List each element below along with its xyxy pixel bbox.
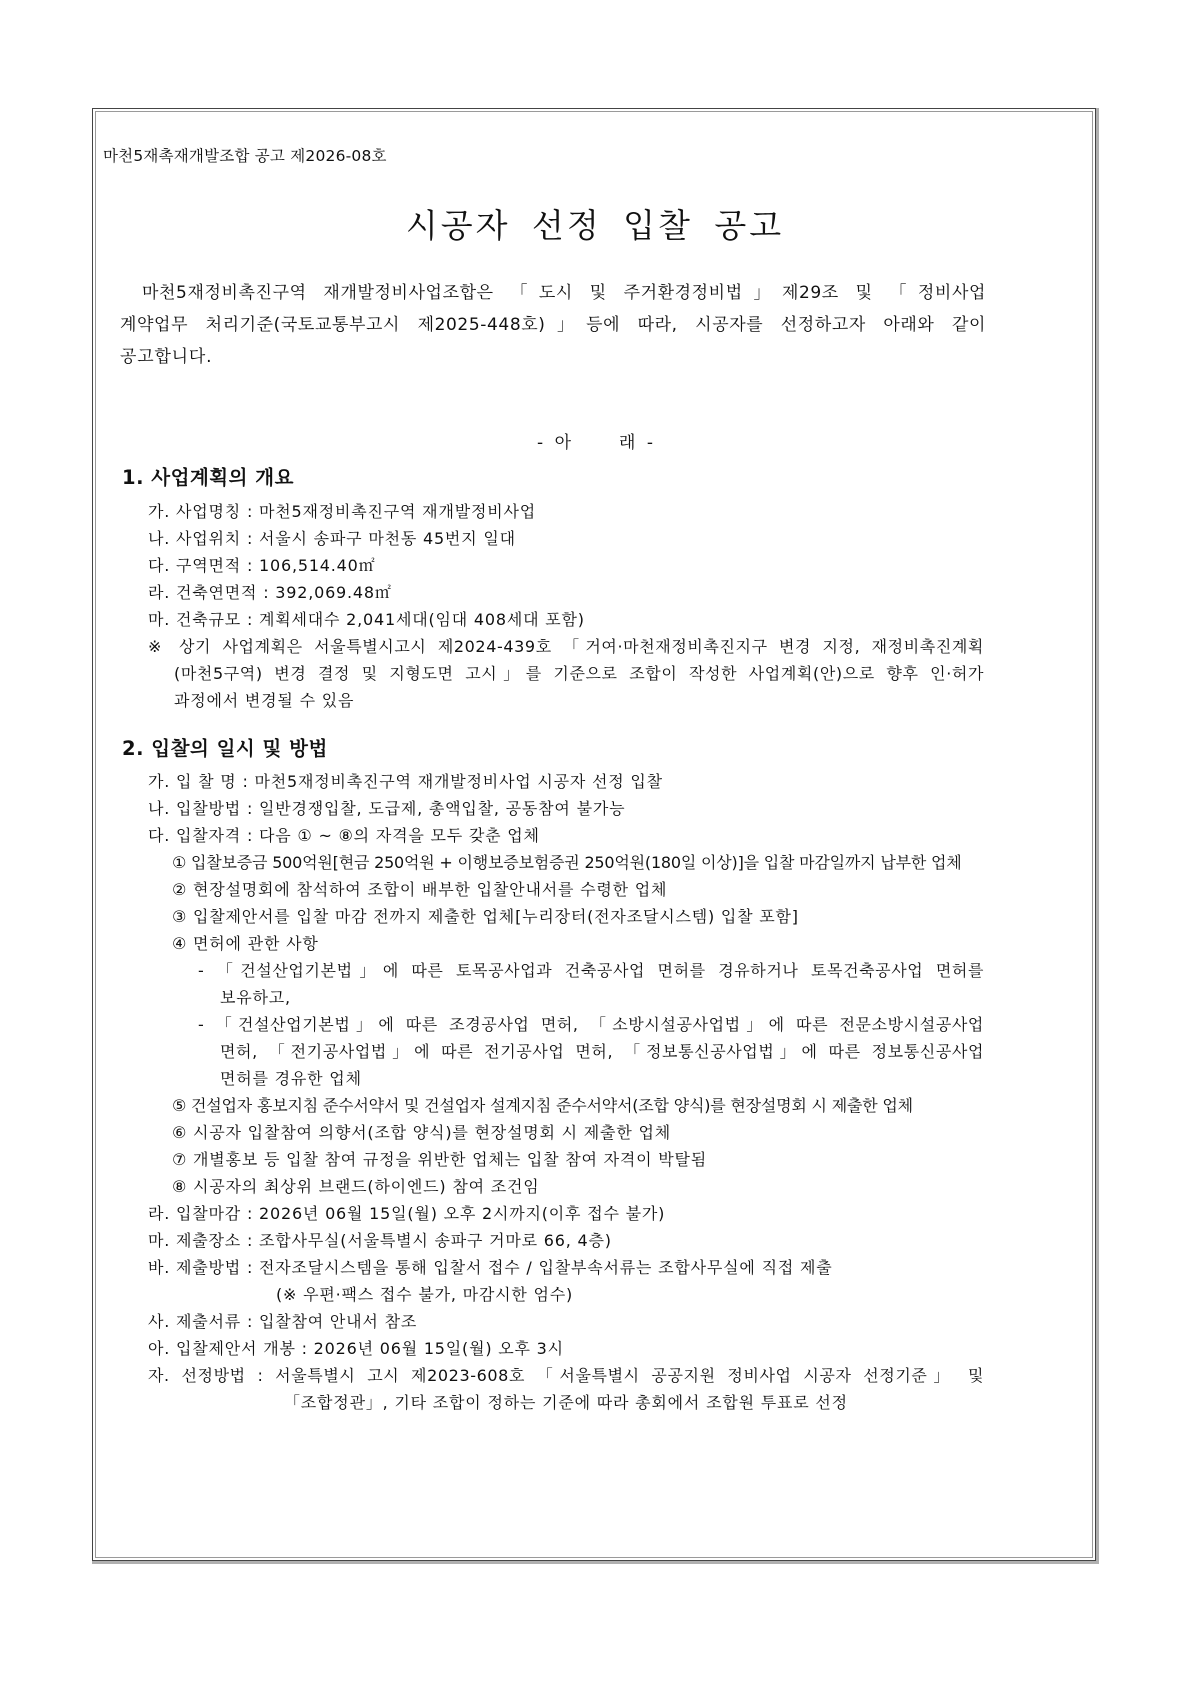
s2-item-ja-selection-cont: 「조합정관」, 기타 조합이 정하는 기준에 따라 총회에서 조합원 투표로 선… [284,1390,848,1413]
section-2-heading: 2. 입찰의 일시 및 방법 [122,733,328,761]
s2-item-ba-method: 바. 제출방법 : 전자조달시스템을 통해 입찰서 접수 / 입찰부속서류는 조… [148,1255,833,1278]
notice-number: 마천5재촉재개발조합 공고 제2026-08호 [103,144,387,166]
qualification-3: ③ 입찰제안서를 입찰 마감 전까지 제출한 업체[누리장터(전자조달시스템) … [172,904,799,927]
s2-item-na: 나. 입찰방법 : 일반경쟁입찰, 도급제, 총액입찰, 공동참여 불가능 [148,796,625,819]
s2-item-ga: 가. 입 찰 명 : 마천5재정비촉진구역 재개발정비사업 시공자 선정 입찰 [148,769,663,792]
s2-item-sa-documents: 사. 제출서류 : 입찰참여 안내서 참조 [148,1309,417,1332]
license-line-4: 면허, 「전기공사업법」에 따른 전기공사업 면허, 「정보통신공사업법」에 따… [220,1039,984,1062]
s1-item-ga: 가. 사업명칭 : 마천5재정비촉진구역 재개발정비사업 [148,499,536,522]
s1-note-line-1: ※ 상기 사업계획은 서울특별시고시 제2024-439호 「거여·마천재정비촉… [148,634,984,657]
qualification-7: ⑦ 개별홍보 등 입찰 참여 규정을 위반한 업체는 입찰 참여 자격이 박탈됨 [172,1147,707,1170]
s2-item-ba-note: (※ 우편·팩스 접수 불가, 마감시한 엄수) [276,1282,573,1305]
qualification-6: ⑥ 시공자 입찰참여 의향서(조합 양식)를 현장설명회 시 제출한 업체 [172,1120,671,1143]
s1-item-da: 다. 구역면적 : 106,514.40㎡ [148,553,375,576]
qualification-5: ⑤ 건설업자 홍보지침 준수서약서 및 건설업자 설계지침 준수서약서(조합 양… [172,1093,913,1116]
license-line-1: - 「건설산업기본법」에 따른 토목공사업과 건축공사업 면허를 경유하거나 토… [198,958,984,981]
arae-divider: - 아래 - [0,428,1190,453]
s1-note-line-3: 과정에서 변경될 수 있음 [174,688,354,711]
intro-line-2: 계약업무 처리기준(국토교통부고시 제2025-448호)」등에 따라, 시공자… [120,310,986,335]
s1-item-na: 나. 사업위치 : 서울시 송파구 마천동 45번지 일대 [148,526,516,549]
s2-item-ja-selection: 자. 선정방법 : 서울특별시 고시 제2023-608호 「서울특별시 공공지… [148,1363,984,1386]
intro-line-3: 공고합니다. [120,342,212,367]
qualification-8: ⑧ 시공자의 최상위 브랜드(하이엔드) 참여 조건임 [172,1174,540,1197]
s2-item-ra-deadline: 라. 입찰마감 : 2026년 06월 15일(월) 오후 2시까지(이후 접수… [148,1201,665,1224]
section-1-heading: 1. 사업계획의 개요 [122,462,294,490]
intro-line-1: 마천5재정비촉진구역 재개발정비사업조합은 「도시 및 주거환경정비법」제29조… [120,278,986,303]
qualification-4: ④ 면허에 관한 사항 [172,931,319,954]
page-title: 시공자 선정 입찰 공고 [0,200,1190,247]
license-line-3: - 「건설산업기본법」에 따른 조경공사업 면허, 「소방시설공사업법」에 따른… [198,1012,984,1035]
license-line-5: 면허를 경유한 업체 [220,1066,362,1089]
license-line-2: 보유하고, [220,985,291,1008]
s2-item-da: 다. 입찰자격 : 다음 ① ~ ⑧의 자격을 모두 갖춘 업체 [148,823,540,846]
s2-item-ma-place: 마. 제출장소 : 조합사무실(서울특별시 송파구 거마로 66, 4층) [148,1228,612,1251]
s1-item-ma: 마. 건축규모 : 계획세대수 2,041세대(임대 408세대 포함) [148,607,585,630]
s1-item-ra: 라. 건축연면적 : 392,069.48㎡ [148,580,392,603]
s1-note-line-2: (마천5구역) 변경 결정 및 지형도면 고시」를 기준으로 조합이 작성한 사… [174,661,984,684]
qualification-1: ① 입찰보증금 500억원[현금 250억원 + 이행보증보험증권 250억원(… [172,850,962,873]
qualification-2: ② 현장설명회에 참석하여 조합이 배부한 입찰안내서를 수령한 업체 [172,877,667,900]
s2-item-a-opening: 아. 입찰제안서 개봉 : 2026년 06월 15일(월) 오후 3시 [148,1336,564,1359]
